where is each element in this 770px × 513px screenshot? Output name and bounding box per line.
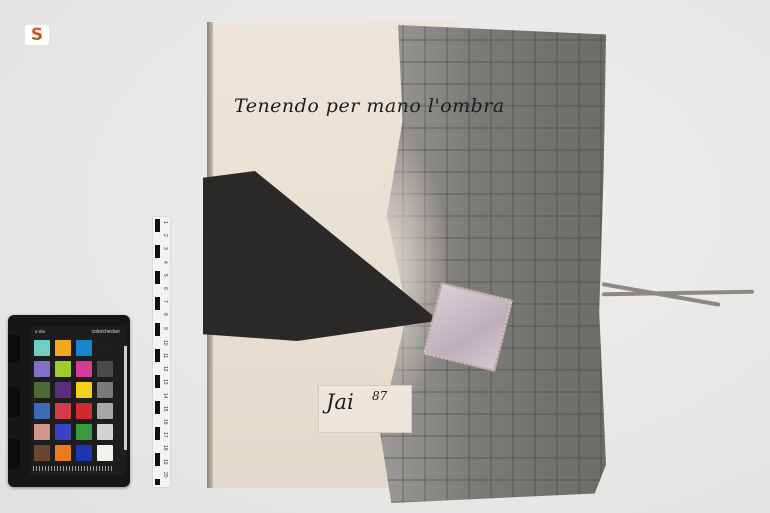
ruler-label: 7 — [162, 300, 168, 303]
ruler-label: 6 — [162, 287, 168, 290]
embroidered-signature: Jai — [326, 390, 354, 414]
logo-letter: S — [31, 27, 43, 44]
color-patch — [76, 424, 92, 440]
color-patch — [97, 361, 113, 377]
embroidered-year: 87 — [372, 389, 387, 403]
ruler-label: 4 — [162, 261, 168, 264]
color-patch — [55, 382, 71, 398]
colorchecker-brand: x-rite — [35, 329, 45, 334]
colorchecker-patch-grid — [34, 340, 113, 461]
ruler-label: 2 — [162, 234, 168, 237]
embroidered-title: Tenendo per mano l'ombra — [234, 95, 505, 117]
color-patch — [76, 445, 92, 461]
colorchecker-product: colorchecker — [92, 329, 120, 335]
ruler-scale-bar — [155, 219, 160, 485]
color-patch — [76, 340, 92, 356]
ruler-label: 17 — [162, 432, 168, 438]
ruler-label: 11 — [162, 353, 168, 358]
colorchecker-side-bar — [124, 346, 127, 450]
color-patch — [34, 382, 50, 398]
site-logo[interactable]: S — [25, 25, 49, 45]
hinge — [8, 439, 20, 469]
ruler-label: 8 — [162, 313, 168, 316]
color-patch — [34, 424, 50, 440]
ruler-label: 10 — [162, 340, 168, 346]
color-patch — [34, 340, 50, 356]
color-patch — [55, 424, 71, 440]
ruler-label: 19 — [162, 459, 168, 465]
color-patch — [55, 403, 71, 419]
ruler-label: 9 — [162, 327, 168, 330]
color-patch — [97, 403, 113, 419]
color-patch — [76, 361, 92, 377]
ruler-label: 20 — [162, 472, 168, 478]
ruler-label: 1 — [162, 221, 168, 224]
ruler-label: 13 — [162, 379, 168, 385]
color-patch — [34, 445, 50, 461]
color-patch — [34, 361, 50, 377]
ruler-label: 18 — [162, 445, 168, 451]
ruler-label: 5 — [162, 274, 168, 277]
color-patch — [97, 382, 113, 398]
ruler-label: 14 — [162, 393, 168, 399]
color-patch — [97, 340, 113, 356]
ruler-label: 3 — [162, 247, 168, 250]
color-patch — [55, 361, 71, 377]
ruler-label: 15 — [162, 406, 168, 412]
color-patch — [55, 340, 71, 356]
ruler-label: 16 — [162, 419, 168, 425]
color-patch — [97, 445, 113, 461]
ruler-label: 12 — [162, 366, 168, 372]
color-patch — [55, 445, 71, 461]
color-patch — [76, 403, 92, 419]
color-patch — [97, 424, 113, 440]
measuring-ruler: 1234567891011121314151617181920 — [153, 217, 170, 487]
color-patch — [34, 403, 50, 419]
color-patch — [76, 382, 92, 398]
hinge — [8, 387, 20, 417]
colorchecker-scale — [33, 466, 113, 471]
hinge — [8, 335, 20, 363]
textile-blend — [380, 120, 450, 420]
